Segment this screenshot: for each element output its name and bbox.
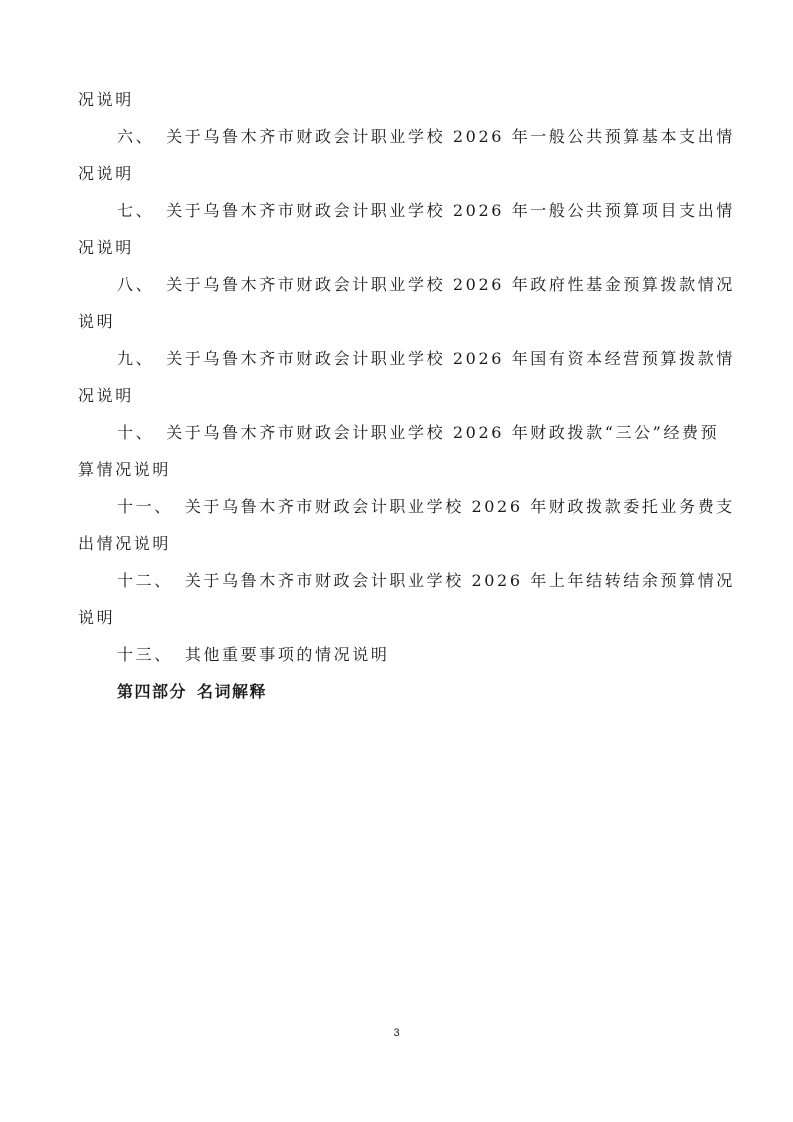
toc-line-continuation: 况说明 [78, 238, 710, 258]
item-number: 十二、 [117, 571, 173, 591]
toc-item-11: 十一、关于乌鲁木齐市财政会计职业学校 2026 年财政拨款委托业务费支 [117, 497, 749, 517]
item-number: 六、 [117, 127, 154, 147]
toc-item-12: 十二、关于乌鲁木齐市财政会计职业学校 2026 年上年结转结余预算情况 [117, 571, 749, 591]
item-text: 关于乌鲁木齐市财政会计职业学校 2026 年一般公共预算项目支出情 [166, 201, 735, 220]
item-text: 其他重要事项的情况说明 [185, 645, 390, 664]
toc-item-8: 八、关于乌鲁木齐市财政会计职业学校 2026 年政府性基金预算拨款情况 [117, 275, 749, 295]
toc-line-continuation: 况说明 [78, 386, 710, 406]
item-number: 十三、 [117, 645, 173, 665]
page-number: 3 [0, 1027, 793, 1039]
item-text: 关于乌鲁木齐市财政会计职业学校 2026 年上年结转结余预算情况 [185, 571, 735, 590]
toc-line-continuation: 况说明 [78, 90, 710, 110]
toc-line-continuation: 算情况说明 [78, 460, 710, 480]
section-heading: 第四部分名词解释 [117, 682, 749, 702]
toc-line-continuation: 出情况说明 [78, 534, 710, 554]
document-page: 况说明 六、关于乌鲁木齐市财政会计职业学校 2026 年一般公共预算基本支出情 … [0, 0, 793, 1122]
toc-item-9: 九、关于乌鲁木齐市财政会计职业学校 2026 年国有资本经营预算拨款情 [117, 349, 749, 369]
item-text: 关于乌鲁木齐市财政会计职业学校 2026 年财政拨款“三公”经费预 [166, 423, 719, 442]
item-text: 关于乌鲁木齐市财政会计职业学校 2026 年政府性基金预算拨款情况 [166, 275, 735, 294]
toc-item-7: 七、关于乌鲁木齐市财政会计职业学校 2026 年一般公共预算项目支出情 [117, 201, 749, 221]
section-part: 第四部分 [117, 682, 187, 701]
toc-line-continuation: 说明 [78, 608, 710, 628]
toc-item-10: 十、关于乌鲁木齐市财政会计职业学校 2026 年财政拨款“三公”经费预 [117, 423, 749, 443]
item-number: 七、 [117, 201, 154, 221]
toc-item-13: 十三、其他重要事项的情况说明 [117, 645, 749, 665]
toc-line-continuation: 况说明 [78, 164, 710, 184]
item-number: 八、 [117, 275, 154, 295]
toc-line-continuation: 说明 [78, 312, 710, 332]
item-text: 关于乌鲁木齐市财政会计职业学校 2026 年国有资本经营预算拨款情 [166, 349, 735, 368]
item-text: 关于乌鲁木齐市财政会计职业学校 2026 年财政拨款委托业务费支 [185, 497, 735, 516]
section-title: 名词解释 [197, 682, 267, 701]
toc-item-6: 六、关于乌鲁木齐市财政会计职业学校 2026 年一般公共预算基本支出情 [117, 127, 749, 147]
item-number: 十一、 [117, 497, 173, 517]
item-number: 九、 [117, 349, 154, 369]
item-text: 关于乌鲁木齐市财政会计职业学校 2026 年一般公共预算基本支出情 [166, 127, 735, 146]
item-number: 十、 [117, 423, 154, 443]
